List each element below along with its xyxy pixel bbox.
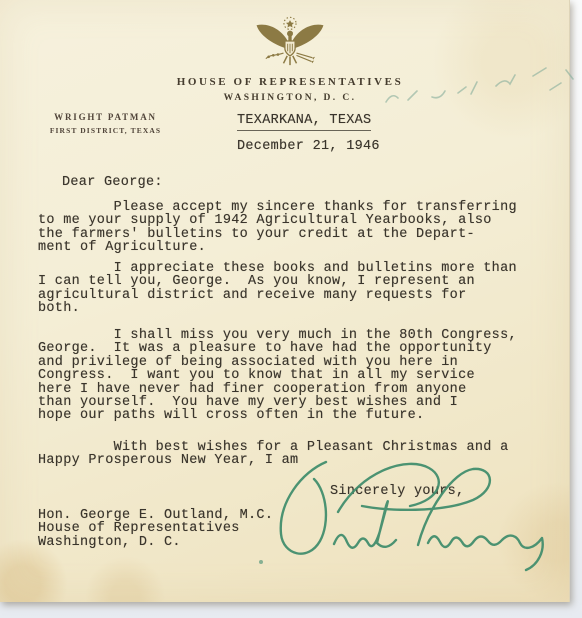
salutation: Dear George: <box>62 176 163 189</box>
recipient-address-block: Hon. George E. Outland, M.C. House of Re… <box>38 509 273 549</box>
paragraph-3: I shall miss you very much in the 80th C… <box>38 329 517 423</box>
scanned-letter-page: { "page": { "background_color": "#f1f3f6… <box>0 0 582 618</box>
letterhead-member-name: WRIGHT PATMAN <box>28 112 183 122</box>
paragraph-2: I appreciate these books and bulletins m… <box>38 262 517 316</box>
letterhead-member-district: FIRST DISTRICT, TEXAS <box>28 126 183 135</box>
signature-wright-patman <box>268 448 575 586</box>
stray-ink-dot <box>259 560 263 564</box>
pencil-scribble <box>378 58 578 113</box>
paragraph-1: Please accept my sincere thanks for tran… <box>38 201 517 255</box>
dateline-date: December 21, 1946 <box>237 140 380 153</box>
great-seal-eagle-icon <box>247 15 333 67</box>
dateline-place: TEXARKANA, TEXAS <box>237 114 371 131</box>
letter-paper: HOUSE OF REPRESENTATIVES WASHINGTON, D. … <box>0 0 570 602</box>
